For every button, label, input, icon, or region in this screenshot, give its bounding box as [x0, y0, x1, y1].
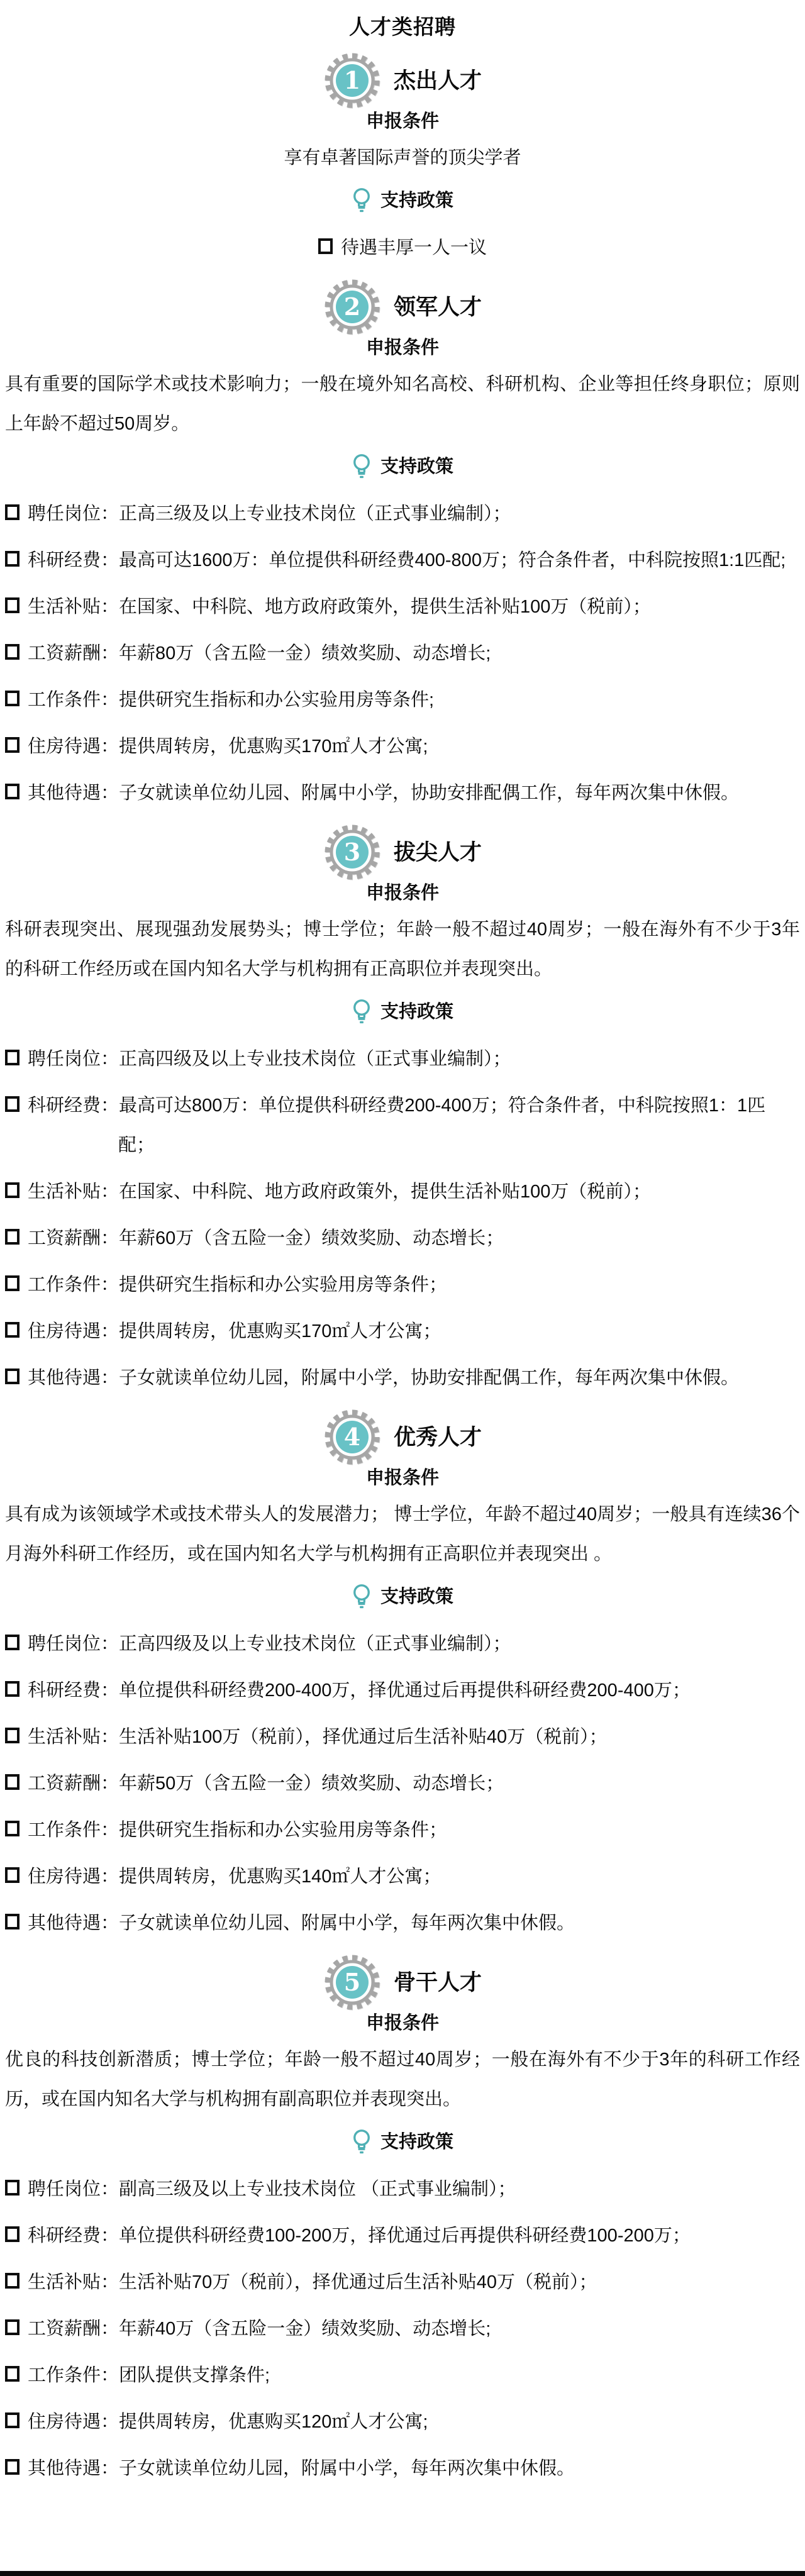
policy-text: 住房待遇：提供周转房，优惠购买120㎡人才公寓;: [28, 2412, 428, 2432]
square-bullet-icon: [5, 504, 19, 520]
policy-text: 聘任岗位：正高三级及以上专业技术岗位（正式事业编制）；: [28, 504, 511, 524]
policy-text: 其他待遇：子女就读单位幼儿园、附属中小学，协助安排配偶工作，每年两次集中休假。: [28, 783, 739, 803]
policy-text: 聘任岗位：正高四级及以上专业技术岗位（正式事业编制）；: [28, 1634, 511, 1654]
conditions-heading: 申报条件: [0, 1466, 805, 1490]
square-bullet-icon: [5, 1275, 19, 1291]
policy-item: 工作条件：提供研究生指标和办公实验用房等条件；: [5, 1811, 800, 1850]
policy-text: 住房待遇：提供周转房，优惠购买170㎡人才公寓;: [28, 736, 428, 757]
policy-text: 工资薪酬：年薪80万（含五险一金）绩效奖励、动态增长;: [28, 643, 491, 663]
square-bullet-icon: [5, 784, 19, 799]
policy-heading: 支持政策: [0, 452, 805, 482]
conditions-heading: 申报条件: [0, 336, 805, 360]
badge-number: 1: [344, 66, 360, 94]
square-bullet-icon: [5, 691, 19, 706]
section-header: 2 领军人才: [0, 279, 805, 335]
lightbulb-icon: [352, 2128, 372, 2157]
square-bullet-icon: [5, 1322, 19, 1338]
policy-text: 住房待遇：提供周转房，优惠购买140㎡人才公寓；: [28, 1867, 441, 1887]
condition-paragraph: 科研表现突出、展现强劲发展势头；博士学位；年龄一般不超过40周岁；一般在海外有不…: [5, 910, 800, 989]
conditions-heading: 申报条件: [0, 109, 805, 133]
square-bullet-icon: [5, 1728, 19, 1743]
talent-section: 1 杰出人才 申报条件 享有卓著国际声誉的顶尖学者 支持政策 待遇丰厚一人一议: [0, 53, 805, 268]
badge-number: 5: [344, 1968, 360, 1996]
section-header: 1 杰出人才: [0, 53, 805, 108]
talent-section: 2 领军人才 申报条件 具有重要的国际学术或技术影响力；一般在境外知名高校、科研…: [0, 279, 805, 813]
policy-text: 生活补贴：生活补贴100万（税前），择优通过后生活补贴40万（税前）；: [28, 1727, 608, 1747]
conditions-heading: 申报条件: [0, 881, 805, 905]
talent-section: 5 骨干人才 申报条件 优良的科技创新潜质；博士学位；年龄一般不超过40周岁；一…: [0, 1955, 805, 2489]
square-bullet-icon: [5, 1368, 19, 1384]
policy-item: 生活补贴：生活补贴70万（税前），择优通过后生活补贴40万（税前）；: [5, 2263, 800, 2302]
policy-item: 科研经费：最高可达1600万：单位提供科研经费400-800万；符合条件者，中科…: [5, 541, 800, 580]
section-title: 拔尖人才: [394, 841, 482, 863]
section-header: 3 拔尖人才: [0, 824, 805, 880]
policy-item: 住房待遇：提供周转房，优惠购买120㎡人才公寓;: [5, 2402, 800, 2442]
policy-item: 工作条件：提供研究生指标和办公实验用房等条件;: [5, 680, 800, 720]
policy-heading-label: 支持政策: [380, 1588, 453, 1606]
policy-text: 住房待遇：提供周转房，优惠购买170㎡人才公寓；: [28, 1321, 441, 1341]
policy-heading: 支持政策: [0, 997, 805, 1027]
policy-item: 科研经费：单位提供科研经费200-400万，择优通过后再提供科研经费200-40…: [5, 1671, 800, 1711]
policy-list: 聘任岗位：正高四级及以上专业技术岗位（正式事业编制）； 科研经费：最高可达800…: [5, 1040, 800, 1398]
square-bullet-icon: [5, 2273, 19, 2289]
policy-text: 生活补贴：在国家、中科院、地方政府政策外，提供生活补贴100万（税前）；: [28, 597, 651, 617]
policy-text: 工作条件：团队提供支撑条件;: [28, 2365, 270, 2385]
section-title: 杰出人才: [394, 70, 482, 92]
policy-list: 聘任岗位：正高四级及以上专业技术岗位（正式事业编制）； 科研经费：单位提供科研经…: [5, 1624, 800, 1943]
policy-item: 生活补贴：生活补贴100万（税前），择优通过后生活补贴40万（税前）；: [5, 1718, 800, 1757]
policy-heading: 支持政策: [0, 186, 805, 216]
square-bullet-icon: [5, 1229, 19, 1245]
policy-text: 工资薪酬：年薪40万（含五险一金）绩效奖励、动态增长;: [28, 2319, 491, 2339]
square-bullet-icon: [5, 737, 19, 753]
page-title: 人才类招聘: [0, 0, 805, 42]
gear-number-badge: 1: [323, 52, 381, 109]
square-bullet-icon: [5, 597, 19, 613]
square-bullet-icon: [5, 1096, 19, 1112]
policy-item: 工资薪酬：年薪60万（含五险一金）绩效奖励、动态增长；: [5, 1219, 800, 1258]
policy-text: 科研经费：单位提供科研经费200-400万，择优通过后再提供科研经费200-40…: [28, 1680, 691, 1701]
square-bullet-icon: [5, 2459, 19, 2475]
sections-container: 1 杰出人才 申报条件 享有卓著国际声誉的顶尖学者 支持政策 待遇丰厚一人一议 …: [0, 53, 805, 2489]
condition-paragraph: 具有成为该领域学术或技术带头人的发展潜力； 博士学位，年龄不超过40周岁；一般具…: [5, 1495, 800, 1574]
square-bullet-icon: [5, 644, 19, 660]
section-header: 4 优秀人才: [0, 1409, 805, 1465]
square-bullet-icon: [5, 1867, 19, 1883]
square-bullet-icon: [5, 1635, 19, 1650]
policy-text: 科研经费：单位提供科研经费100-200万，择优通过后再提供科研经费100-20…: [28, 2226, 691, 2246]
square-bullet-icon: [5, 551, 19, 567]
policy-text: 聘任岗位：正高四级及以上专业技术岗位（正式事业编制）；: [28, 1049, 511, 1069]
policy-item: 工资薪酬：年薪40万（含五险一金）绩效奖励、动态增长;: [5, 2309, 800, 2349]
policy-list: 待遇丰厚一人一议: [5, 228, 800, 268]
policy-item: 待遇丰厚一人一议: [5, 228, 800, 268]
policy-text: 科研经费：最高可达1600万：单位提供科研经费400-800万；符合条件者，中科…: [28, 550, 786, 570]
policy-text: 生活补贴：在国家、中科院、地方政府政策外，提供生活补贴100万（税前）；: [28, 1182, 651, 1202]
policy-item: 其他待遇：子女就读单位幼儿园，附属中小学，协助安排配偶工作，每年两次集中休假。: [5, 1358, 800, 1398]
square-bullet-icon: [5, 2319, 19, 2335]
square-bullet-icon: [318, 238, 333, 254]
policy-text: 其他待遇：子女就读单位幼儿园，附属中小学，协助安排配偶工作，每年两次集中休假。: [28, 1368, 739, 1388]
policy-heading: 支持政策: [0, 2127, 805, 2157]
condition-paragraph: 优良的科技创新潜质；博士学位；年龄一般不超过40周岁；一般在海外有不少于3年的科…: [5, 2040, 800, 2119]
badge-number: 3: [344, 838, 360, 866]
policy-text: 其他待遇：子女就读单位幼儿园、附属中小学，每年两次集中休假。: [28, 1913, 575, 1933]
policy-item: 聘任岗位：副高三级及以上专业技术岗位 （正式事业编制）；: [5, 2170, 800, 2209]
policy-text: 工作条件：提供研究生指标和办公实验用房等条件;: [28, 690, 434, 710]
policy-item: 住房待遇：提供周转房，优惠购买170㎡人才公寓;: [5, 727, 800, 767]
policy-item: 工作条件：提供研究生指标和办公实验用房等条件；: [5, 1265, 800, 1305]
policy-text: 工作条件：提供研究生指标和办公实验用房等条件；: [28, 1820, 447, 1840]
policy-list: 聘任岗位：副高三级及以上专业技术岗位 （正式事业编制）； 科研经费：单位提供科研…: [5, 2170, 800, 2489]
square-bullet-icon: [5, 2226, 19, 2242]
policy-item: 生活补贴：在国家、中科院、地方政府政策外，提供生活补贴100万（税前）；: [5, 1172, 800, 1212]
badge-number: 2: [344, 292, 360, 321]
square-bullet-icon: [5, 1914, 19, 1929]
policy-text: 聘任岗位：副高三级及以上专业技术岗位 （正式事业编制）；: [28, 2179, 516, 2199]
section-header: 5 骨干人才: [0, 1955, 805, 2010]
policy-item: 工资薪酬：年薪50万（含五险一金）绩效奖励、动态增长；: [5, 1764, 800, 1804]
policy-heading-label: 支持政策: [380, 458, 453, 476]
square-bullet-icon: [5, 2412, 19, 2428]
policy-item: 工作条件：团队提供支撑条件;: [5, 2356, 800, 2396]
policy-item: 聘任岗位：正高四级及以上专业技术岗位（正式事业编制）；: [5, 1624, 800, 1664]
policy-item: 聘任岗位：正高三级及以上专业技术岗位（正式事业编制）；: [5, 494, 800, 534]
policy-item: 其他待遇：子女就读单位幼儿园、附属中小学，每年两次集中休假。: [5, 1904, 800, 1943]
gear-number-badge: 5: [323, 1953, 381, 2011]
policy-list: 聘任岗位：正高三级及以上专业技术岗位（正式事业编制）； 科研经费：最高可达160…: [5, 494, 800, 813]
policy-item: 科研经费：单位提供科研经费100-200万，择优通过后再提供科研经费100-20…: [5, 2216, 800, 2256]
conditions-heading: 申报条件: [0, 2011, 805, 2035]
policy-text: 工资薪酬：年薪60万（含五险一金）绩效奖励、动态增长；: [28, 1228, 504, 1248]
square-bullet-icon: [5, 1050, 19, 1065]
square-bullet-icon: [5, 2180, 19, 2196]
talent-section: 3 拔尖人才 申报条件 科研表现突出、展现强劲发展势头；博士学位；年龄一般不超过…: [0, 824, 805, 1398]
policy-item: 其他待遇：子女就读单位幼儿园，附属中小学，每年两次集中休假。: [5, 2449, 800, 2489]
policy-text: 科研经费：最高可达800万：单位提供科研经费200-400万；符合条件者，中科院…: [28, 1096, 765, 1155]
section-title: 优秀人才: [394, 1426, 482, 1448]
gear-number-badge: 4: [323, 1408, 381, 1466]
policy-text: 工作条件：提供研究生指标和办公实验用房等条件；: [28, 1275, 447, 1295]
square-bullet-icon: [5, 2366, 19, 2382]
policy-text: 待遇丰厚一人一议: [341, 238, 487, 258]
policy-item: 其他待遇：子女就读单位幼儿园、附属中小学，协助安排配偶工作，每年两次集中休假。: [5, 774, 800, 813]
square-bullet-icon: [5, 1681, 19, 1697]
bottom-bar: [0, 2571, 805, 2576]
policy-text: 其他待遇：子女就读单位幼儿园，附属中小学，每年两次集中休假。: [28, 2458, 575, 2479]
section-title: 领军人才: [394, 296, 482, 318]
policy-heading-label: 支持政策: [380, 1003, 453, 1021]
square-bullet-icon: [5, 1774, 19, 1790]
badge-number: 4: [344, 1423, 360, 1451]
policy-heading: 支持政策: [0, 1582, 805, 1612]
policy-heading-label: 支持政策: [380, 2133, 453, 2151]
condition-paragraph: 享有卓著国际声誉的顶尖学者: [5, 138, 800, 178]
lightbulb-icon: [352, 187, 372, 215]
policy-item: 工资薪酬：年薪80万（含五险一金）绩效奖励、动态增长;: [5, 634, 800, 674]
policy-heading-label: 支持政策: [380, 192, 453, 210]
lightbulb-icon: [352, 1583, 372, 1611]
section-title: 骨干人才: [394, 1972, 482, 1994]
square-bullet-icon: [5, 1182, 19, 1198]
policy-item: 住房待遇：提供周转房，优惠购买140㎡人才公寓；: [5, 1857, 800, 1897]
lightbulb-icon: [352, 998, 372, 1026]
policy-item: 科研经费：最高可达800万：单位提供科研经费200-400万；符合条件者，中科院…: [5, 1086, 800, 1165]
gear-number-badge: 2: [323, 278, 381, 336]
policy-item: 住房待遇：提供周转房，优惠购买170㎡人才公寓；: [5, 1312, 800, 1352]
policy-item: 生活补贴：在国家、中科院、地方政府政策外，提供生活补贴100万（税前）；: [5, 587, 800, 627]
lightbulb-icon: [352, 453, 372, 481]
talent-section: 4 优秀人才 申报条件 具有成为该领域学术或技术带头人的发展潜力； 博士学位，年…: [0, 1409, 805, 1943]
policy-text: 工资薪酬：年薪50万（含五险一金）绩效奖励、动态增长；: [28, 1774, 504, 1794]
policy-text: 生活补贴：生活补贴70万（税前），择优通过后生活补贴40万（税前）；: [28, 2272, 597, 2292]
condition-paragraph: 具有重要的国际学术或技术影响力；一般在境外知名高校、科研机构、企业等担任终身职位…: [5, 365, 800, 444]
square-bullet-icon: [5, 1821, 19, 1836]
policy-item: 聘任岗位：正高四级及以上专业技术岗位（正式事业编制）；: [5, 1040, 800, 1079]
gear-number-badge: 3: [323, 823, 381, 881]
